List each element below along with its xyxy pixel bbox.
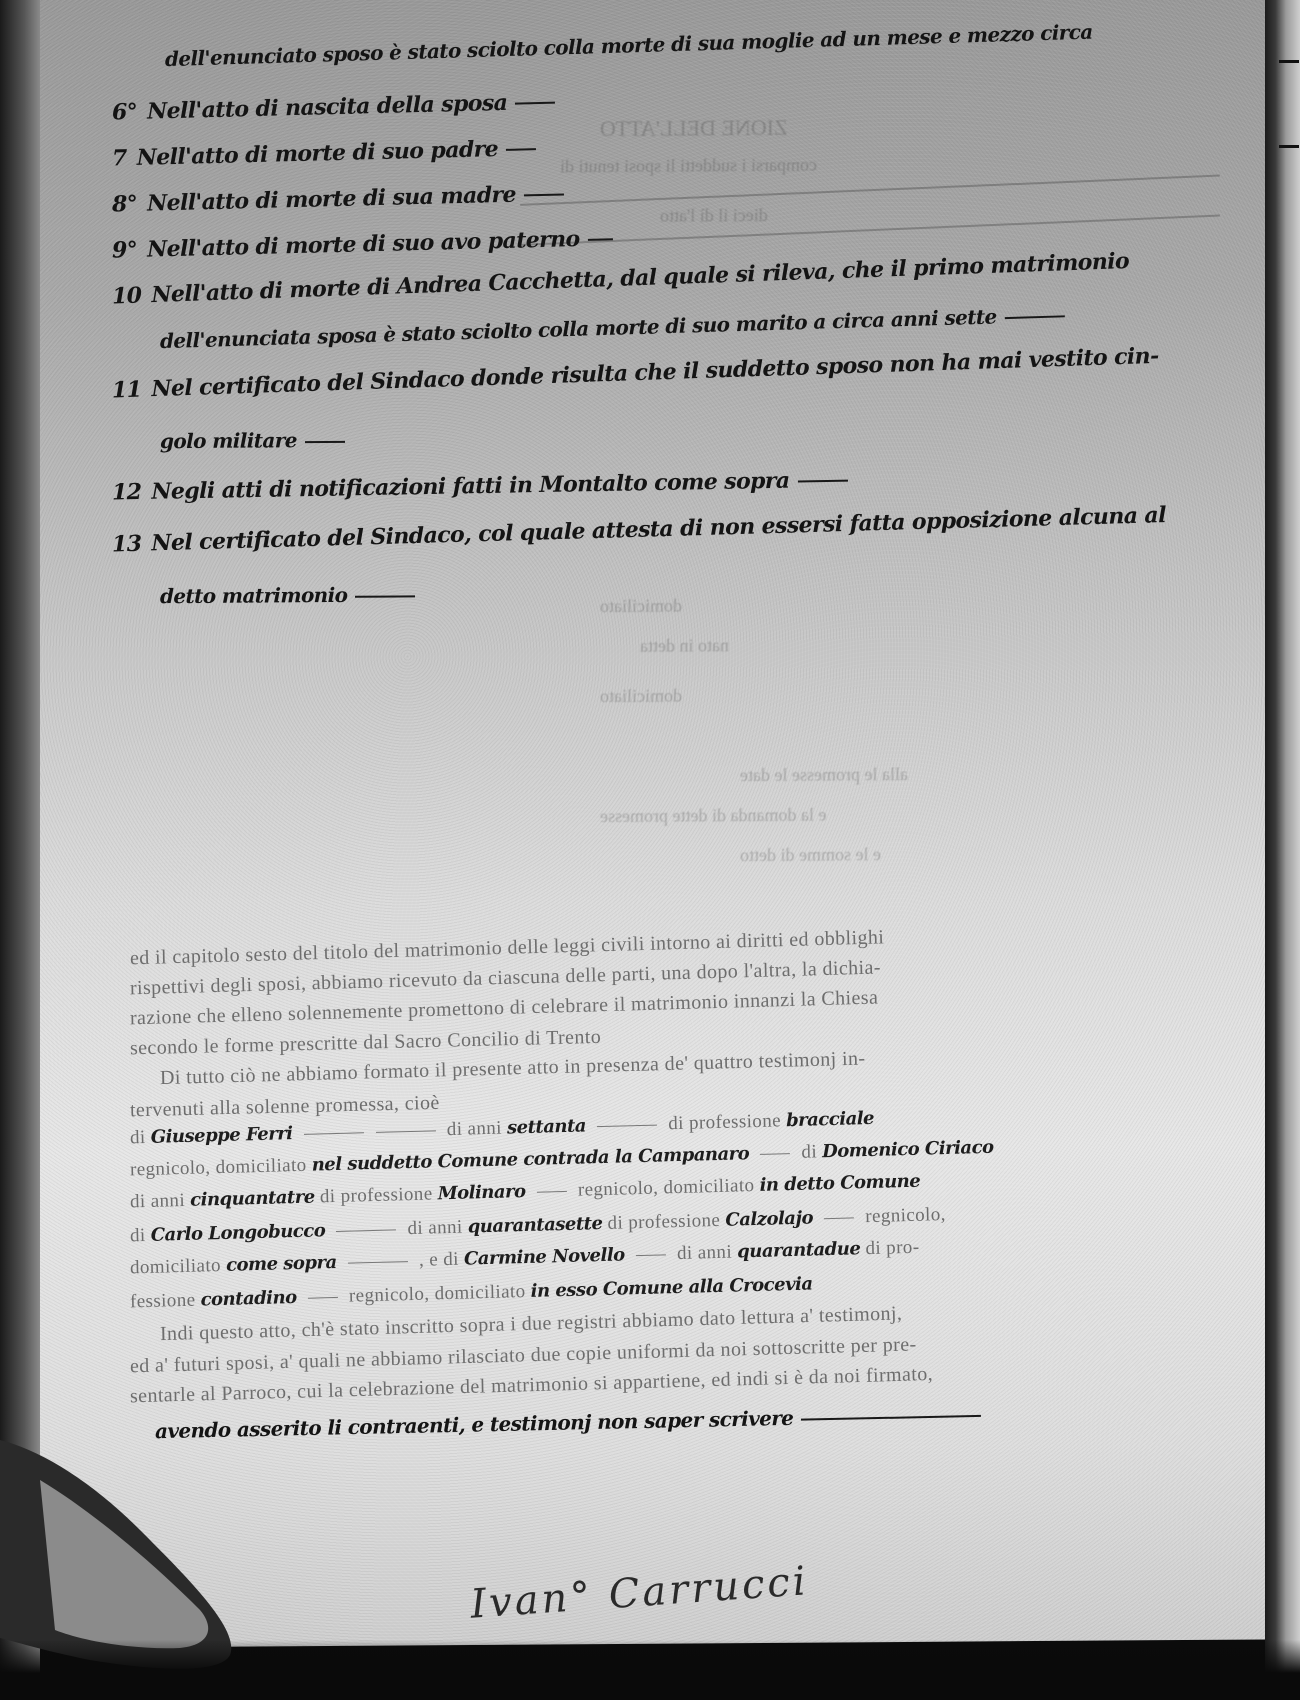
scan-bottom-shadow: [0, 1640, 1300, 1700]
item-number: 7: [112, 145, 127, 171]
printed-line: tervenuti alla solenne promessa, cioè: [130, 1092, 440, 1123]
list-item-continuation: dell'enunciata sposa è stato sciolto col…: [160, 302, 1065, 353]
witness-1-name: Giuseppe Ferri: [151, 1123, 293, 1148]
witness-4-age: quarantadue: [737, 1238, 861, 1262]
witness-1-residence: nel suddetto Comune contrada la Campanar…: [312, 1143, 750, 1175]
list-item-continuation: golo militare: [160, 428, 345, 453]
witness-4-residence: in esso Comune alla Crocevia: [530, 1274, 812, 1302]
handwritten-continuation-line: dell'enunciato sposo è stato sciolto col…: [165, 20, 1093, 72]
bleed-through-text: e la domanda di dette promesse: [600, 805, 826, 828]
register-page: ZIONE DELL'ATTO comparsi i suddetti li s…: [40, 0, 1265, 1648]
item-text: Nell'atto di morte di suo padre: [136, 136, 498, 171]
witness-3-name: Carlo Longobucco: [151, 1220, 326, 1246]
bleed-through-text: ZIONE DELL'ATTO: [600, 115, 787, 142]
item-number: 9°: [112, 237, 138, 264]
form-rule: [520, 215, 1220, 246]
witness-3-residence: come sopra: [226, 1252, 337, 1276]
bleed-through-text: comparsi i suddetti li sposi tenuti di: [560, 155, 817, 178]
list-item: 8°Nell'atto di morte di sua madre: [112, 180, 564, 217]
list-item: 12Negli atti di notificazioni fatti in M…: [112, 467, 848, 506]
witness-4-name: Carmine Novello: [464, 1244, 625, 1269]
witness-2-name: Domenico Ciriaco: [822, 1137, 994, 1162]
printed-line: secondo le forme prescritte dal Sacro Co…: [130, 1026, 602, 1061]
list-item: 13Nel certificato del Sindaco, col quale…: [112, 502, 1166, 557]
list-item: 9°Nell'atto di morte di suo avo paterno: [112, 225, 613, 263]
book-edge-right: [1265, 0, 1300, 1700]
witness-2-age: cinquantatre: [190, 1187, 315, 1211]
witness-3-profession: Calzolajo: [725, 1207, 813, 1230]
item-number: 8°: [112, 191, 138, 218]
bleed-through-text: nato in detta: [640, 635, 729, 657]
list-item-continuation: detto matrimonio: [160, 582, 415, 608]
list-item: 7Nell'atto di morte di suo padre: [112, 135, 536, 171]
witness-2-profession: Molinaro: [438, 1181, 526, 1204]
item-text: Negli atti di notificazioni fatti in Mon…: [151, 468, 789, 505]
item-number: 11: [112, 377, 142, 404]
item-text: Nel certificato del Sindaco donde risult…: [151, 343, 1159, 402]
witness-1-profession: bracciale: [786, 1108, 874, 1131]
item-text: Nell'atto di morte di suo avo paterno: [147, 226, 580, 263]
bleed-through-text: alla le promesse le date: [740, 764, 908, 786]
bleed-through-text: dieci il dì l'atto: [660, 205, 768, 227]
item-text: Nell'atto di nascita della sposa: [147, 90, 508, 125]
handwritten-closing: avendo asserito li contraenti, e testimo…: [155, 1402, 982, 1443]
bleed-through-text: domiciliato: [600, 596, 682, 618]
witness-3-age: quarantasette: [468, 1213, 603, 1238]
form-rule: [520, 175, 1220, 206]
witness-4-profession: contadino: [200, 1287, 296, 1311]
bleed-through-text: e le somme di detto: [740, 844, 881, 866]
item-text: Nell'atto di morte di sua madre: [147, 182, 516, 217]
item-number: 10: [112, 282, 142, 309]
bleed-through-text: domiciliato: [600, 686, 682, 708]
list-item: 6°Nell'atto di nascita della sposa: [112, 89, 556, 126]
witness-2-residence: in detto Comune: [759, 1171, 920, 1196]
list-item: 11Nel certificato del Sindaco donde risu…: [112, 343, 1159, 404]
witness-1-age: settanta: [507, 1115, 586, 1138]
item-number: 13: [112, 531, 142, 558]
item-number: 12: [112, 479, 142, 506]
item-text: Nel certificato del Sindaco, col quale a…: [151, 502, 1166, 556]
item-number: 6°: [112, 99, 138, 126]
